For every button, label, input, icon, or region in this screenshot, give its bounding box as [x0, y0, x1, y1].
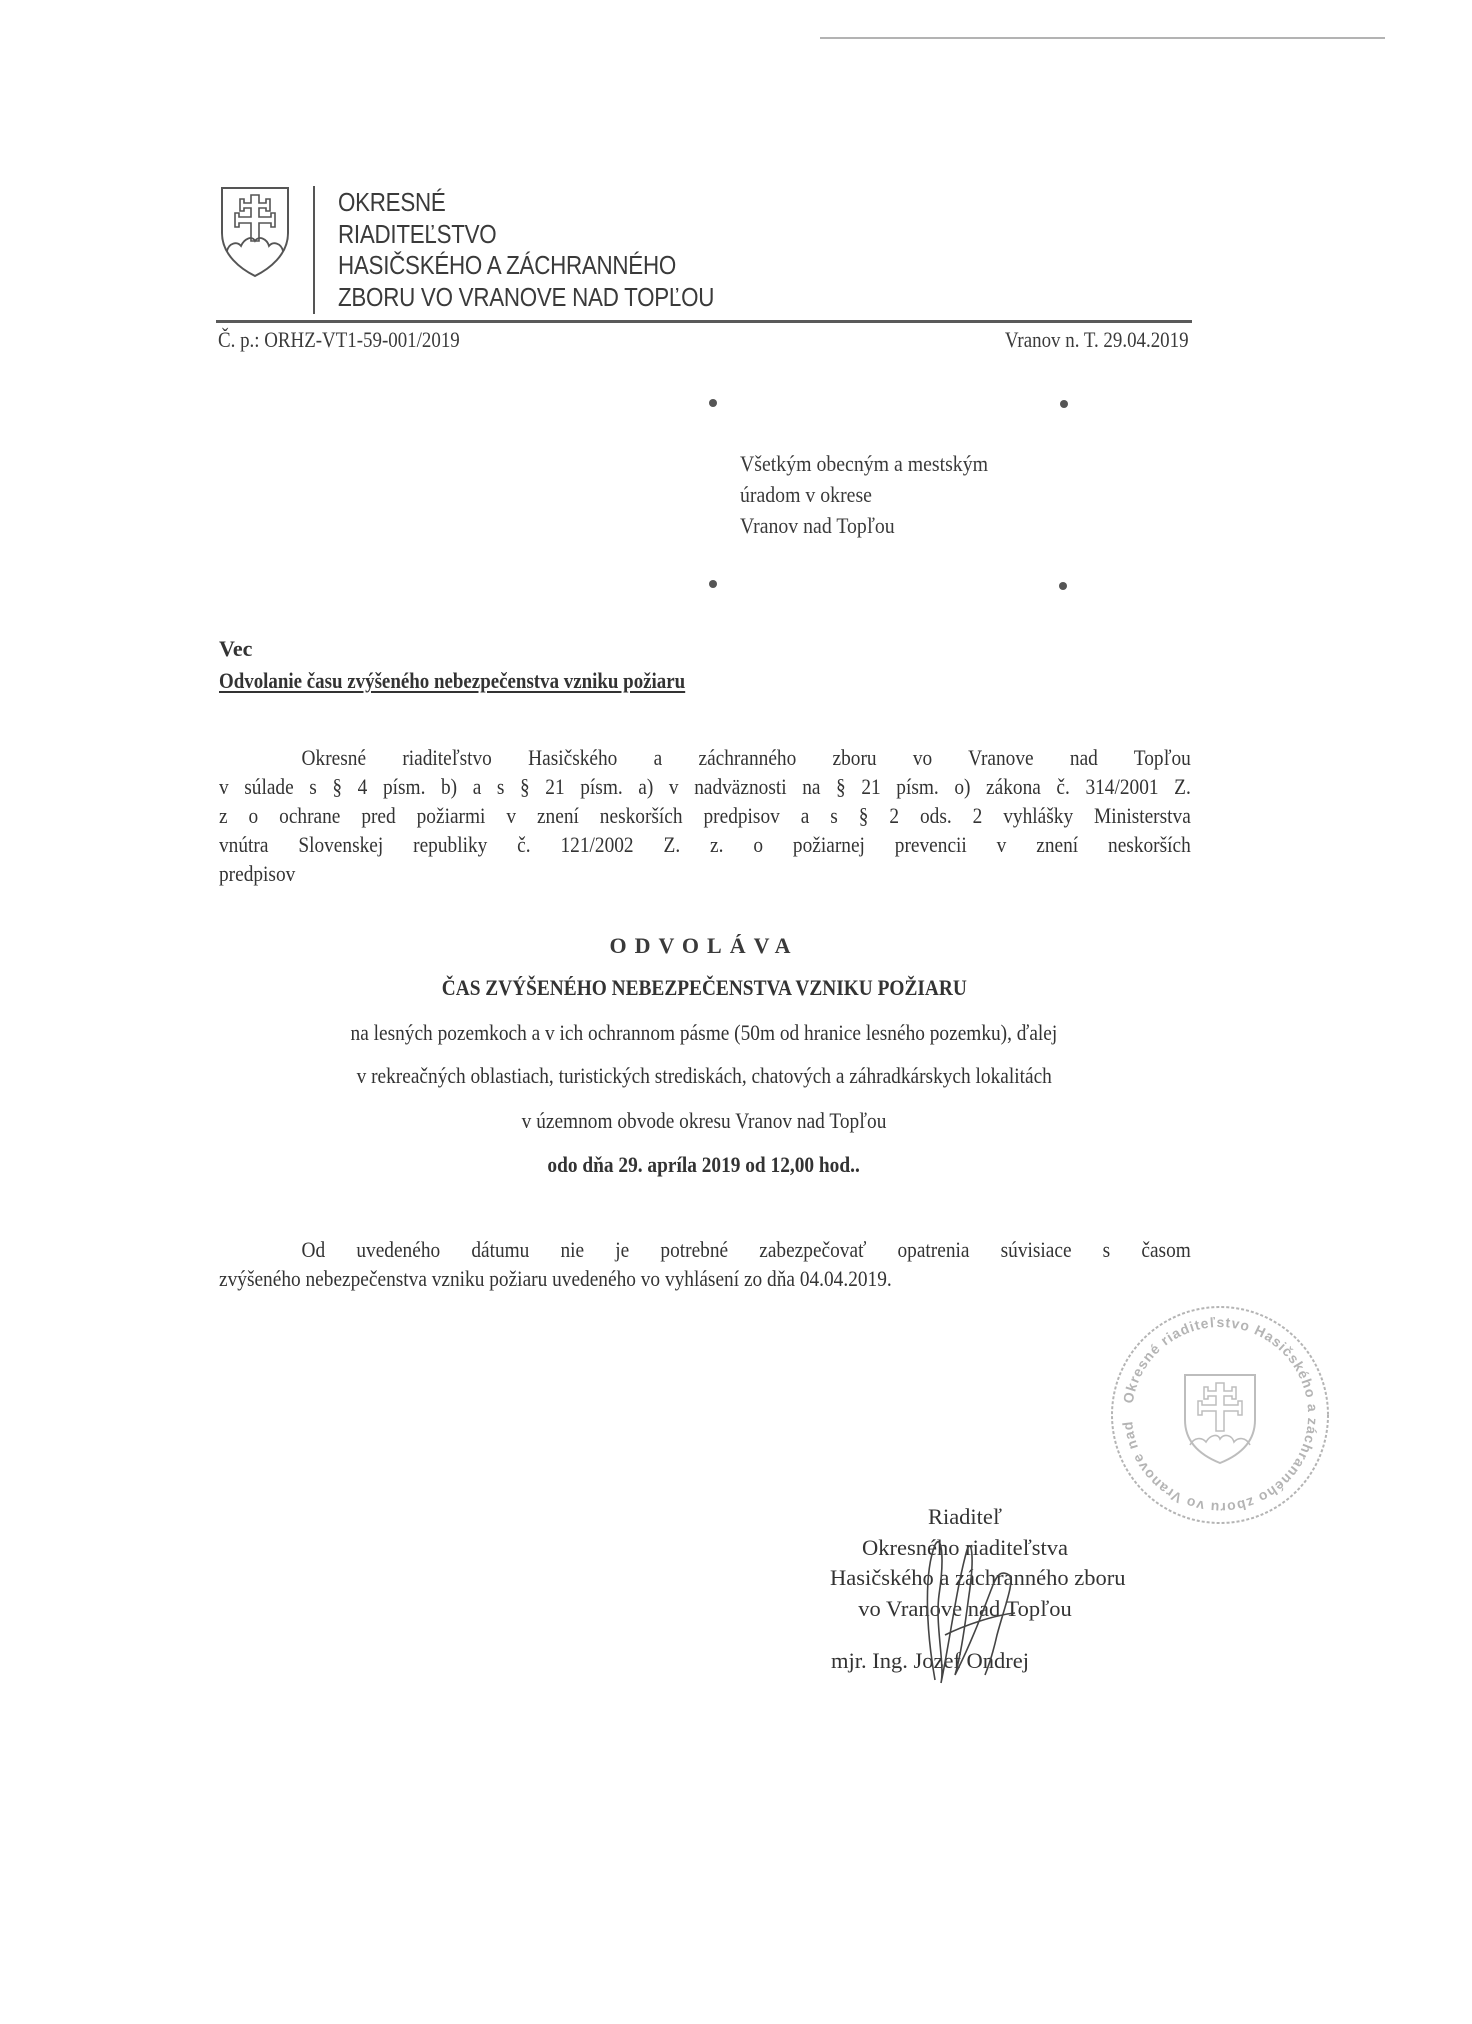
intro-paragraph: Okresné riaditeľstvo Hasičského a záchra… — [219, 743, 1191, 888]
org-line: OKRESNÉ — [338, 187, 714, 219]
paragraph-line: Od uvedeného dátumu nie je potrebné zabe… — [219, 1235, 1191, 1264]
subject-title: Odvolanie času zvýšeného nebezpečenstva … — [219, 668, 685, 694]
paragraph-line: vnútra Slovenskej republiky č. 121/2002 … — [219, 830, 1191, 859]
paragraph-line: v súlade s § 4 písm. b) a s § 21 písm. a… — [219, 772, 1191, 801]
decision-title: ČAS ZVÝŠENÉHO NEBEZPEČENSTVA VZNIKU POŽI… — [0, 975, 1408, 1001]
decision-line: na lesných pozemkoch a v ich ochrannom p… — [0, 1020, 1408, 1046]
org-line: HASIČSKÉHO A ZÁCHRANNÉHO — [338, 250, 714, 282]
effective-date: odo dňa 29. apríla 2019 od 12,00 hod.. — [0, 1152, 1408, 1178]
handwritten-signature-icon — [905, 1515, 1035, 1690]
address-window-mark — [1060, 400, 1068, 408]
paragraph-line: zvýšeného nebezpečenstva vzniku požiaru … — [219, 1264, 1191, 1293]
subject-label: Vec — [219, 636, 252, 662]
addressee: Všetkým obecným a mestským úradom v okre… — [740, 448, 988, 541]
closing-paragraph: Od uvedeného dátumu nie je potrebné zabe… — [219, 1235, 1191, 1293]
decision-line: v územnom obvode okresu Vranov nad Topľo… — [0, 1108, 1408, 1134]
coat-of-arms-icon — [219, 185, 291, 279]
paragraph-line: z o ochrane pred požiarmi v znení neskor… — [219, 801, 1191, 830]
decision-word: ODVOLÁVA — [0, 933, 1408, 959]
paragraph-line: Okresné riaditeľstvo Hasičského a záchra… — [219, 743, 1191, 772]
official-stamp-icon: Okresné riaditeľstvo Hasičského a záchra… — [1100, 1295, 1340, 1535]
org-line: RIADITEĽSTVO — [338, 219, 714, 251]
organization-name: OKRESNÉ RIADITEĽSTVO HASIČSKÉHO A ZÁCHRA… — [338, 187, 714, 313]
decision-line: v rekreačných oblastiach, turistických s… — [0, 1063, 1408, 1089]
org-line: ZBORU VO VRANOVE NAD TOPĽOU — [338, 282, 714, 314]
addressee-line: úradom v okrese — [740, 479, 988, 510]
reference-number: Č. p.: ORHZ-VT1-59-001/2019 — [218, 327, 460, 353]
address-window-mark — [1059, 582, 1067, 590]
paragraph-line: predpisov — [219, 859, 1191, 888]
addressee-line: Všetkým obecným a mestským — [740, 448, 988, 479]
place-and-date: Vranov n. T. 29.04.2019 — [1005, 327, 1189, 353]
scan-artifact-line — [820, 37, 1385, 39]
addressee-line: Vranov nad Topľou — [740, 510, 988, 541]
letterhead-divider — [313, 186, 315, 314]
letterhead-rule — [216, 320, 1192, 323]
address-window-mark — [709, 580, 717, 588]
address-window-mark — [709, 399, 717, 407]
